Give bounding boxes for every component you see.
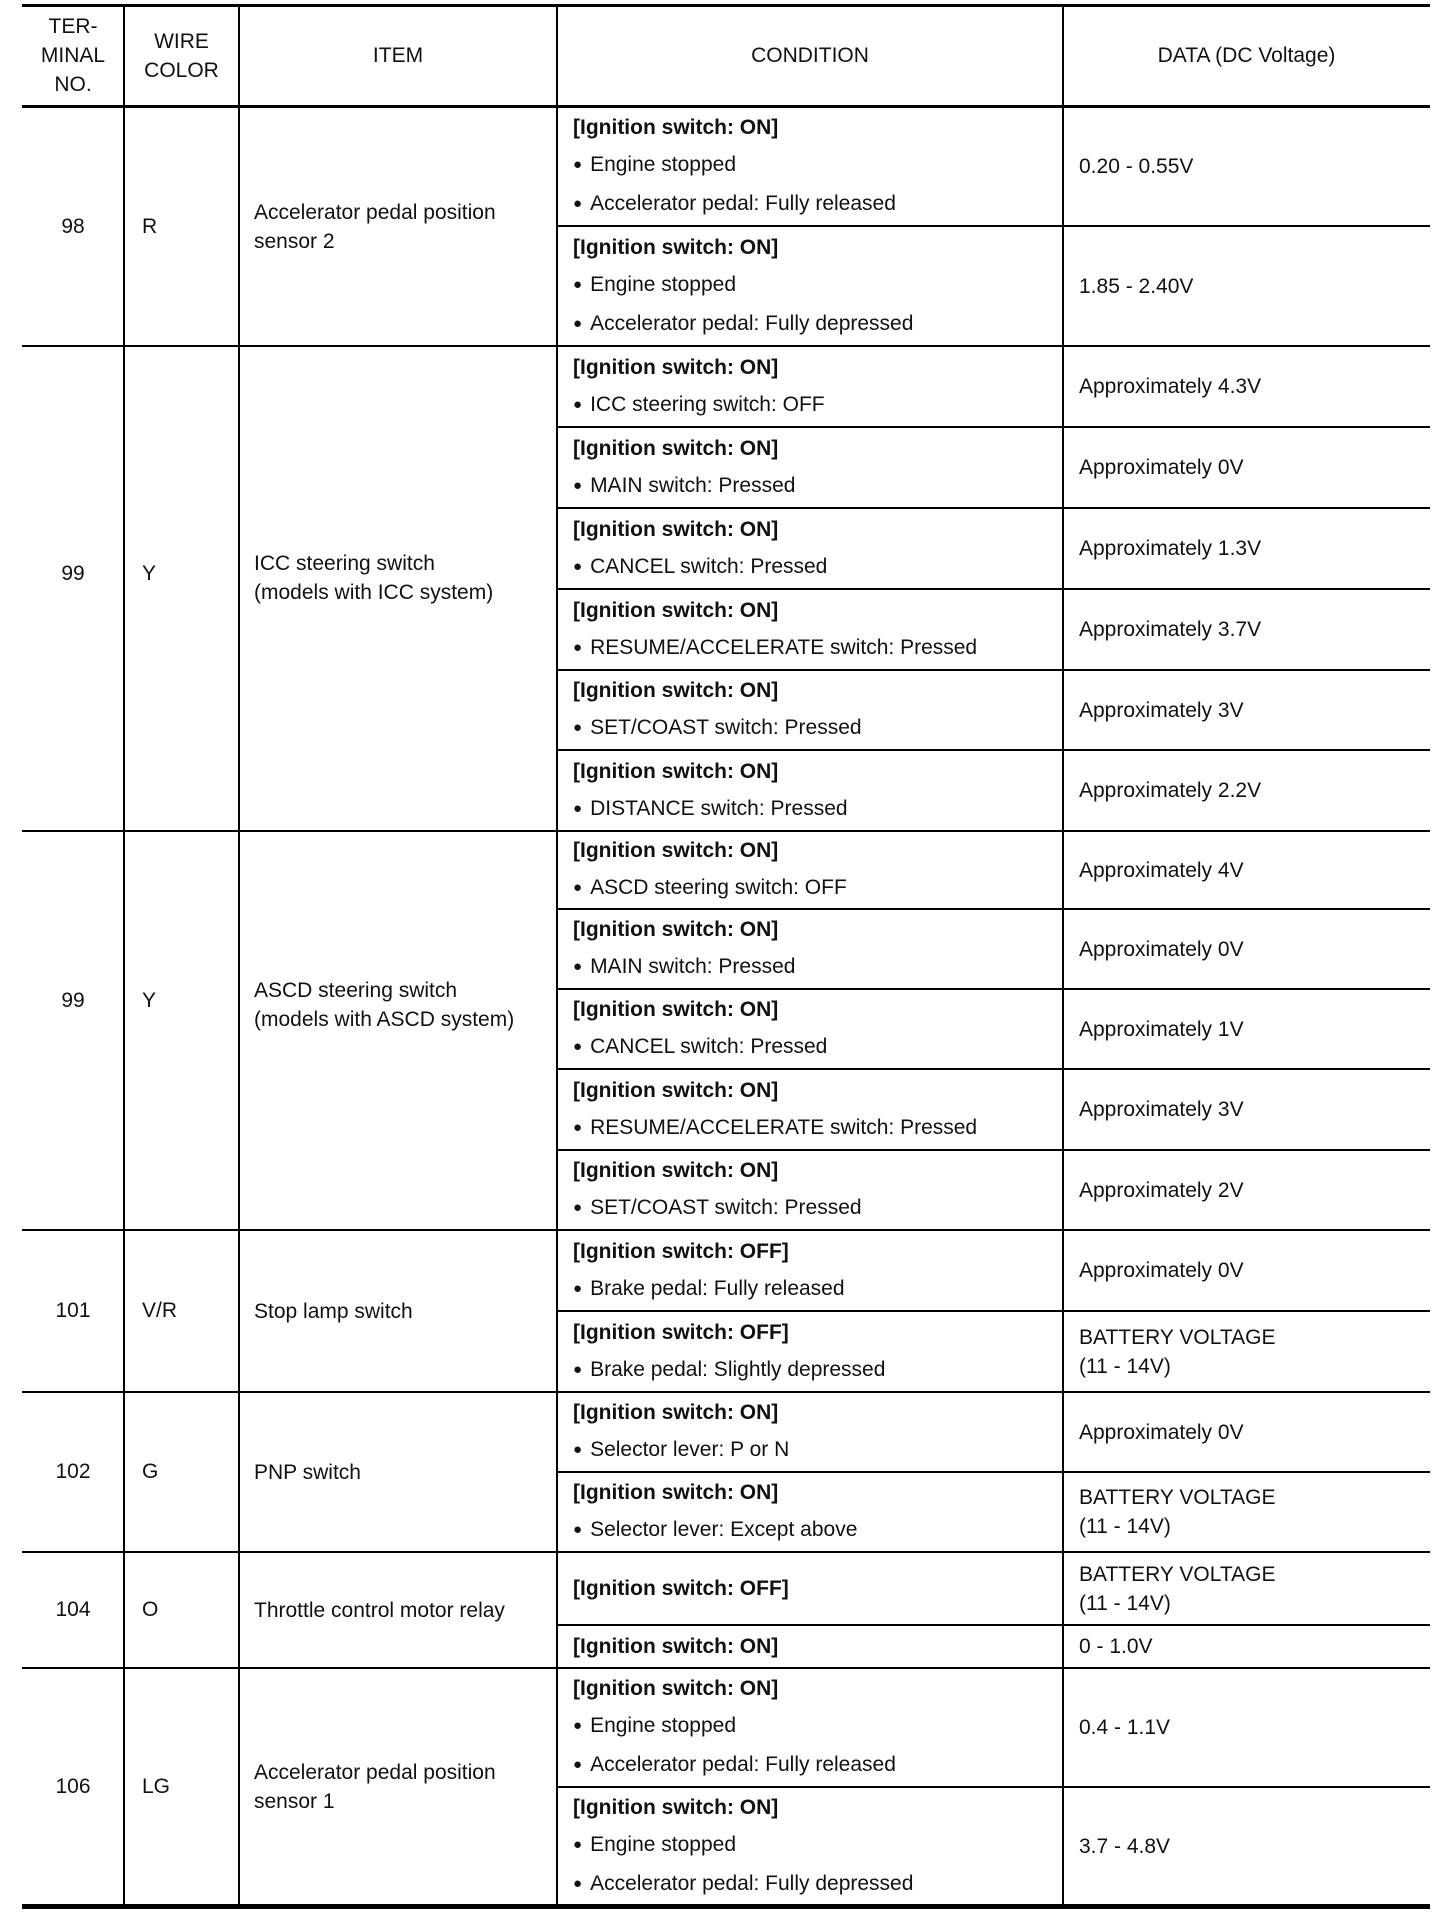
condition-bullet: SET/COAST switch: Pressed — [573, 1189, 1063, 1228]
voltage-value: Approximately 0V — [1063, 1230, 1430, 1311]
terminal-number: 102 — [22, 1392, 124, 1552]
table-rule — [22, 345, 1430, 347]
terminal-number: 101 — [22, 1230, 124, 1392]
condition-cell: [Ignition switch: ON]DISTANCE switch: Pr… — [557, 750, 1063, 831]
ignition-state: [Ignition switch: ON] — [573, 511, 1063, 548]
item-name: PNP switch — [239, 1392, 557, 1552]
ignition-state: [Ignition switch: ON] — [573, 1072, 1063, 1109]
table-rule — [238, 4, 240, 1906]
condition-cell: [Ignition switch: ON]Selector lever: P o… — [557, 1392, 1063, 1472]
voltage-value: BATTERY VOLTAGE (11 - 14V) — [1063, 1311, 1430, 1392]
condition-cell: [Ignition switch: ON]Engine stoppedAccel… — [557, 107, 1063, 226]
condition-bullet: ICC steering switch: OFF — [573, 386, 1063, 425]
voltage-value: 0 - 1.0V — [1063, 1625, 1430, 1668]
item-name: Accelerator pedal position sensor 2 — [239, 107, 557, 346]
ignition-state: [Ignition switch: OFF] — [573, 1314, 1063, 1351]
ignition-state: [Ignition switch: ON] — [573, 1474, 1063, 1511]
terminal-number: 99 — [22, 831, 124, 1230]
terminal-number: 98 — [22, 107, 124, 346]
table-rule — [22, 1391, 1430, 1393]
ignition-state: [Ignition switch: ON] — [573, 1152, 1063, 1189]
condition-bullet: DISTANCE switch: Pressed — [573, 790, 1063, 829]
condition-bullet: CANCEL switch: Pressed — [573, 1028, 1063, 1067]
ignition-state: [Ignition switch: ON] — [573, 592, 1063, 629]
table-rule — [22, 4, 1430, 7]
condition-bullet: Brake pedal: Slightly depressed — [573, 1351, 1063, 1390]
ignition-state: [Ignition switch: ON] — [573, 991, 1063, 1028]
header-data: DATA (DC Voltage) — [1063, 4, 1430, 107]
table-rule — [22, 1229, 1430, 1231]
wire-color: G — [124, 1392, 239, 1552]
condition-bullet: SET/COAST switch: Pressed — [573, 709, 1063, 748]
voltage-value: Approximately 2V — [1063, 1150, 1430, 1230]
condition-bullet: Selector lever: P or N — [573, 1431, 1063, 1470]
condition-cell: [Ignition switch: OFF] — [557, 1552, 1063, 1625]
table-rule — [557, 426, 1430, 428]
table-rule — [557, 1471, 1430, 1473]
table-rule — [557, 588, 1430, 590]
condition-bullet: Accelerator pedal: Fully released — [573, 185, 1063, 224]
voltage-value: Approximately 3V — [1063, 1069, 1430, 1150]
condition-bullet: MAIN switch: Pressed — [573, 948, 1063, 987]
condition-cell: [Ignition switch: ON]MAIN switch: Presse… — [557, 909, 1063, 989]
condition-bullet: Engine stopped — [573, 266, 1063, 305]
condition-cell: [Ignition switch: ON]Engine stoppedAccel… — [557, 226, 1063, 346]
condition-bullet: Accelerator pedal: Fully released — [573, 1746, 1063, 1785]
table-rule — [557, 908, 1430, 910]
table-rule — [556, 4, 558, 1906]
voltage-value: 0.20 - 0.55V — [1063, 107, 1430, 226]
condition-cell: [Ignition switch: ON]RESUME/ACCELERATE s… — [557, 1069, 1063, 1150]
header-wire-color: WIRE COLOR — [124, 4, 239, 107]
ignition-state: [Ignition switch: ON] — [573, 1394, 1063, 1431]
condition-cell: [Ignition switch: ON] — [557, 1625, 1063, 1668]
wire-color: R — [124, 107, 239, 346]
ignition-state: [Ignition switch: ON] — [573, 672, 1063, 709]
condition-bullet: CANCEL switch: Pressed — [573, 548, 1063, 587]
wire-color: V/R — [124, 1230, 239, 1392]
condition-cell: [Ignition switch: ON]Selector lever: Exc… — [557, 1472, 1063, 1552]
table-rule — [22, 105, 1430, 108]
condition-cell: [Ignition switch: ON]MAIN switch: Presse… — [557, 427, 1063, 508]
condition-cell: [Ignition switch: OFF]Brake pedal: Fully… — [557, 1230, 1063, 1311]
condition-bullet: Engine stopped — [573, 146, 1063, 185]
ignition-state: [Ignition switch: ON] — [573, 1628, 1063, 1665]
condition-bullet: Selector lever: Except above — [573, 1511, 1063, 1550]
condition-bullet: MAIN switch: Pressed — [573, 467, 1063, 506]
table-rule — [557, 988, 1430, 990]
voltage-value: 0.4 - 1.1V — [1063, 1668, 1430, 1787]
table-rule — [557, 1149, 1430, 1151]
condition-cell: [Ignition switch: ON]RESUME/ACCELERATE s… — [557, 589, 1063, 670]
ignition-state: [Ignition switch: ON] — [573, 349, 1063, 386]
voltage-value: BATTERY VOLTAGE (11 - 14V) — [1063, 1552, 1430, 1625]
table-rule — [557, 1624, 1430, 1626]
condition-cell: [Ignition switch: ON]SET/COAST switch: P… — [557, 670, 1063, 750]
wire-color: O — [124, 1552, 239, 1668]
condition-cell: [Ignition switch: ON]ICC steering switch… — [557, 346, 1063, 427]
table-rule — [22, 1667, 1430, 1669]
condition-bullet: RESUME/ACCELERATE switch: Pressed — [573, 629, 1063, 668]
voltage-value: Approximately 3.7V — [1063, 589, 1430, 670]
condition-cell: [Ignition switch: ON]SET/COAST switch: P… — [557, 1150, 1063, 1230]
item-name: Accelerator pedal position sensor 1 — [239, 1668, 557, 1906]
terminal-number: 104 — [22, 1552, 124, 1668]
voltage-value: Approximately 1V — [1063, 989, 1430, 1069]
condition-cell: [Ignition switch: ON]Engine stoppedAccel… — [557, 1668, 1063, 1787]
condition-bullet: ASCD steering switch: OFF — [573, 869, 1063, 908]
item-name: Throttle control motor relay — [239, 1552, 557, 1668]
condition-bullet: Accelerator pedal: Fully depressed — [573, 1865, 1063, 1904]
ignition-state: [Ignition switch: ON] — [573, 911, 1063, 948]
table-rule — [1062, 4, 1064, 1906]
table-rule — [22, 1551, 1430, 1553]
voltage-value: 3.7 - 4.8V — [1063, 1787, 1430, 1906]
ignition-state: [Ignition switch: ON] — [573, 832, 1063, 869]
voltage-value: Approximately 4V — [1063, 831, 1430, 909]
table-rule — [557, 1786, 1430, 1788]
table-rule — [557, 225, 1430, 227]
table-rule — [557, 669, 1430, 671]
ignition-state: [Ignition switch: OFF] — [573, 1570, 1063, 1607]
table-rule — [557, 1068, 1430, 1070]
voltage-value: Approximately 1.3V — [1063, 508, 1430, 589]
table-rule — [22, 830, 1430, 832]
condition-bullet: Accelerator pedal: Fully depressed — [573, 305, 1063, 344]
voltage-value: BATTERY VOLTAGE (11 - 14V) — [1063, 1472, 1430, 1552]
ignition-state: [Ignition switch: ON] — [573, 229, 1063, 266]
voltage-value: Approximately 0V — [1063, 427, 1430, 508]
ignition-state: [Ignition switch: ON] — [573, 1670, 1063, 1707]
header-item: ITEM — [239, 4, 557, 107]
voltage-value: Approximately 0V — [1063, 1392, 1430, 1472]
item-name: ICC steering switch (models with ICC sys… — [239, 346, 557, 831]
ignition-state: [Ignition switch: ON] — [573, 430, 1063, 467]
ignition-state: [Ignition switch: OFF] — [573, 1233, 1063, 1270]
voltage-value: Approximately 4.3V — [1063, 346, 1430, 427]
wire-color: Y — [124, 346, 239, 831]
terminal-number: 99 — [22, 346, 124, 831]
table-rule — [557, 507, 1430, 509]
ignition-state: [Ignition switch: ON] — [573, 753, 1063, 790]
wire-color: Y — [124, 831, 239, 1230]
voltage-value: Approximately 2.2V — [1063, 750, 1430, 831]
condition-cell: [Ignition switch: ON]CANCEL switch: Pres… — [557, 989, 1063, 1069]
ignition-state: [Ignition switch: ON] — [573, 109, 1063, 146]
voltage-value: Approximately 3V — [1063, 670, 1430, 750]
terminal-number: 106 — [22, 1668, 124, 1906]
header-terminal-no: TER- MINAL NO. — [22, 4, 124, 107]
item-name: Stop lamp switch — [239, 1230, 557, 1392]
condition-bullet: Brake pedal: Fully released — [573, 1270, 1063, 1309]
table-rule — [557, 1310, 1430, 1312]
item-name: ASCD steering switch (models with ASCD s… — [239, 831, 557, 1230]
condition-bullet: Engine stopped — [573, 1826, 1063, 1865]
ignition-state: [Ignition switch: ON] — [573, 1789, 1063, 1826]
voltage-value: Approximately 0V — [1063, 909, 1430, 989]
wire-color: LG — [124, 1668, 239, 1906]
condition-bullet: Engine stopped — [573, 1707, 1063, 1746]
table-rule — [22, 1904, 1430, 1909]
table-rule — [123, 4, 125, 1906]
condition-cell: [Ignition switch: ON]ASCD steering switc… — [557, 831, 1063, 909]
condition-cell: [Ignition switch: ON]Engine stoppedAccel… — [557, 1787, 1063, 1906]
condition-bullet: RESUME/ACCELERATE switch: Pressed — [573, 1109, 1063, 1148]
table-rule — [557, 749, 1430, 751]
voltage-value: 1.85 - 2.40V — [1063, 226, 1430, 346]
condition-cell: [Ignition switch: ON]CANCEL switch: Pres… — [557, 508, 1063, 589]
condition-cell: [Ignition switch: OFF]Brake pedal: Sligh… — [557, 1311, 1063, 1392]
header-condition: CONDITION — [557, 4, 1063, 107]
